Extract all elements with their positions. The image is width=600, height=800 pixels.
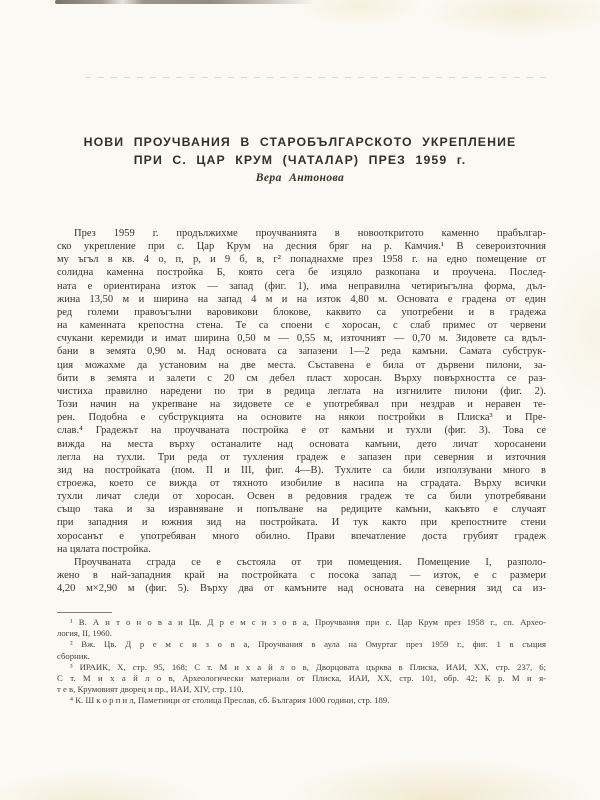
scanned-page: НОВИ ПРОУЧВАНИЯ В СТАРОБЪЛГАРСКОТО УКРЕП… (0, 0, 600, 800)
body-line: строежа, което се вижда от тяхното изоби… (57, 477, 546, 490)
article-body: През 1959 г. продължихме проучванията в … (57, 227, 546, 595)
body-line: чистиха правилно наредени по три в редиц… (57, 385, 546, 398)
footnote-separator (57, 612, 112, 613)
scan-artifact-top-edge (55, 0, 315, 4)
body-line: ред големи правоъгълни варовикови блоков… (57, 306, 546, 319)
body-line: вижда на места върху останалите над осно… (57, 438, 546, 451)
body-line-group: Проучваната сграда се е състояла от три … (57, 556, 546, 595)
footnote-line: сборник. (57, 651, 546, 662)
footnote-line-group: ¹ В. А н т о н о в а и Цв. Д р е м с и з… (57, 617, 546, 639)
footnote-line: логия, II, 1960. (57, 628, 546, 639)
body-line: легла на тухли. Три реда от тухления гра… (57, 451, 546, 464)
footnote-line: С т. М и х а й л о в, Археологически мат… (57, 673, 546, 684)
body-line: ната е ориентирана изток — запад (фиг. 1… (57, 280, 546, 293)
footnote-line: ¹ В. А н т о н о в а и Цв. Д р е м с и з… (57, 617, 546, 628)
body-line: бани в земята 0,90 м. Над основата са за… (57, 345, 546, 358)
body-line: бити в земята и залети с 20 см дебел пла… (57, 372, 546, 385)
body-line: ция можахме да установим на две места. С… (57, 359, 546, 372)
body-line: на цялата постройка. (57, 543, 546, 556)
article-title-line-1: НОВИ ПРОУЧВАНИЯ В СТАРОБЪЛГАРСКОТО УКРЕП… (0, 134, 600, 152)
footnote-line-group: ⁴ К. Ш к о р п и л, Паметници от столица… (57, 695, 546, 706)
article-title: НОВИ ПРОУЧВАНИЯ В СТАРОБЪЛГАРСКОТО УКРЕП… (0, 134, 600, 169)
footnote-line-group: ² Вж. Цв. Д р е м с и з о в а, Проучвани… (57, 639, 546, 661)
body-line: при западния и южния зид на постройката.… (57, 516, 546, 529)
body-line: рен. Подобна е субструкцията на основите… (57, 411, 546, 424)
body-line: тухли личат следи от хоросан. Освен в ре… (57, 490, 546, 503)
body-line: солидна каменна постройка Б, която сега … (57, 266, 546, 279)
body-line: му ъгъл в кв. 4 о, п, р, и 9 б, в, г² по… (57, 253, 546, 266)
body-line: ско укрепление при с. Цар Крум на десния… (57, 240, 546, 253)
body-line: Този начин на укрепване на зидовете се е… (57, 398, 546, 411)
body-line: също така и за изравняване и попълване н… (57, 503, 546, 516)
body-line: Проучваната сграда се е състояла от три … (57, 556, 546, 569)
body-line: 4,20 м×2,90 м (фиг. 5). Върху два от кам… (57, 582, 546, 595)
footnote-line-group: ³ ИРАИК, X, стр. 95, 168; С т. М и х а й… (57, 662, 546, 696)
body-line: зид на постройката (пом. II и III, фиг. … (57, 464, 546, 477)
body-line: жено в най-западния край на постройката … (57, 569, 546, 582)
body-line: хоросанът е употребяван много обилно. Пр… (57, 530, 546, 543)
article-title-line-2: ПРИ С. ЦАР КРУМ (ЧАТАЛАР) ПРЕЗ 1959 г. (0, 152, 600, 170)
body-line-group: През 1959 г. продължихме проучванията в … (57, 227, 546, 556)
body-line: жина 13,50 м и ширина на запад 4 м и на … (57, 293, 546, 306)
footnote-line: ² Вж. Цв. Д р е м с и з о в а, Проучвани… (57, 639, 546, 650)
body-line: слав.⁴ Градежът на проучваната постройка… (57, 424, 546, 437)
footnote-line: т е в, Крумовият дворец и пр., ИАИ, XIV,… (57, 684, 546, 695)
scan-artifact-faint-line (85, 77, 553, 78)
footnote-line: ⁴ К. Ш к о р п и л, Паметници от столица… (57, 695, 546, 706)
body-line: През 1959 г. продължихме проучванията в … (57, 227, 546, 240)
footnote-line: ³ ИРАИК, X, стр. 95, 168; С т. М и х а й… (57, 662, 546, 673)
body-line: счукани керемиди и имат ширина 0,50 м — … (57, 332, 546, 345)
footnotes: ¹ В. А н т о н о в а и Цв. Д р е м с и з… (57, 617, 546, 707)
body-line: на каменната крепостна стена. Те са спое… (57, 319, 546, 332)
author-name: Вера Антонова (0, 171, 600, 184)
